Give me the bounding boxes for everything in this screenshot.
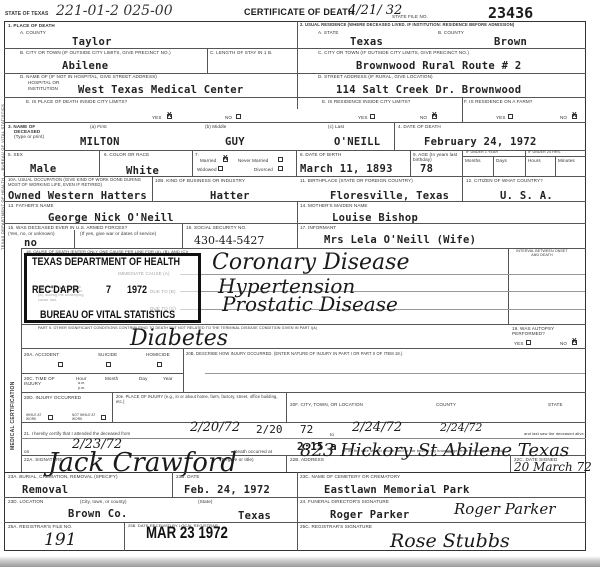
death-inside-city-no-checkbox[interactable] xyxy=(236,114,241,119)
death-county-label: a. COUNTY xyxy=(20,30,46,35)
attended-from-typed: 2/20 xyxy=(256,423,283,436)
date-of-death-label: 4. DATE OF DEATH xyxy=(398,124,441,129)
mother-label: 14. MOTHER'S MAIDEN NAME xyxy=(300,203,368,208)
scan-edge xyxy=(0,556,600,567)
medical-certification-label: MEDICAL CERTIFICATION xyxy=(10,381,16,450)
divider xyxy=(172,472,173,497)
divider xyxy=(4,122,586,123)
divider xyxy=(205,373,585,374)
burial-location-value: Brown Co. xyxy=(68,508,128,520)
married-label: Married xyxy=(200,158,216,163)
under-24hrs-label: IF UNDER 24 HRS. xyxy=(528,151,561,155)
injury-city-label: 20f. CITY, TOWN, OR LOCATION xyxy=(290,402,363,407)
registrar-signature: Rose Stubbs xyxy=(390,530,510,552)
on-farm-label: f. IS RESIDENCE ON A FARM? xyxy=(464,99,532,104)
burial-location-sub: (City, town, or county) xyxy=(80,499,127,504)
divider xyxy=(74,230,75,248)
on-farm-no-checkbox[interactable] xyxy=(572,114,577,119)
divider xyxy=(21,324,586,325)
widowed-label: Widowed xyxy=(197,167,217,172)
pm-label: p.m. xyxy=(78,387,85,391)
divider xyxy=(182,223,183,248)
divider xyxy=(525,150,526,176)
days-label: Days xyxy=(496,158,507,163)
stamp-line3: BUREAU OF VITAL STATISTICS xyxy=(40,309,175,321)
residence-label: 2. USUAL RESIDENCE (Where deceased lived… xyxy=(300,23,514,28)
name-label-3: (Type or print) xyxy=(14,134,44,139)
divider xyxy=(4,97,586,98)
divider xyxy=(297,201,298,223)
armed-forces-label: 15. WAS DECEASED EVER IN U.S. ARMED FORC… xyxy=(8,225,127,230)
registrar-file-no-label: 25a. REGISTRAR'S FILE NO. xyxy=(8,524,72,529)
father-label: 13. FATHER'S NAME xyxy=(8,203,54,208)
divider xyxy=(21,373,183,374)
state-file-label: STATE FILE NO. xyxy=(392,14,428,19)
age-label: 9. AGE (In years last birthday) xyxy=(413,152,461,162)
autopsy-label: 19. WAS AUTOPSY PERFORMED? xyxy=(512,326,582,336)
day-label: Day xyxy=(139,376,147,381)
residence-county-value: Brown xyxy=(494,36,527,48)
registrar-file-no-value: 191 xyxy=(44,530,76,550)
divider xyxy=(555,156,556,176)
ssn-value: 430-44-5427 xyxy=(194,234,264,247)
burial-method-label: 23a. BURIAL, CREMATION, REMOVAL (Specify… xyxy=(8,474,118,479)
divider xyxy=(207,48,208,73)
time-of-injury-label: 20c. TIME OF INJURY xyxy=(24,376,56,386)
injury-occurred-label: 20d. INJURY OCCURRED xyxy=(24,395,81,400)
last-name-label: (c) Last xyxy=(328,124,344,129)
death-inside-city-no-label: NO xyxy=(225,115,232,120)
on-farm-yes-label: YES xyxy=(496,115,506,120)
stamp-line1: TEXAS DEPARTMENT OF HEALTH xyxy=(32,256,180,268)
divider xyxy=(493,156,494,176)
certify-text: 21. I hereby certify that I attended the… xyxy=(24,432,130,437)
divider xyxy=(462,150,463,176)
while-at-work-label: WHILE AT WORK xyxy=(26,414,46,421)
registrar-signature-label: 25c. REGISTRAR'S SIGNATURE xyxy=(300,524,372,529)
injury-county-label: COUNTY xyxy=(436,402,456,407)
last-name-value: O'NEILL xyxy=(334,136,380,148)
citizen-label: 12. CITIZEN OF WHAT COUNTRY? xyxy=(466,178,543,183)
under-1yr-label: IF UNDER 1 YEAR xyxy=(466,151,498,155)
not-while-at-work-checkbox[interactable] xyxy=(101,415,106,420)
divider xyxy=(152,176,153,201)
autopsy-no-label: NO xyxy=(560,341,567,346)
divider xyxy=(4,223,586,224)
armed-forces-sub2: (If yes, give war or dates of service) xyxy=(80,231,156,236)
length-of-stay-label: c. LENGTH OF STAY in 1 b. xyxy=(210,50,280,55)
homicide-label: HOMICIDE xyxy=(146,352,170,357)
widowed-checkbox[interactable] xyxy=(218,166,223,171)
sex-value: Male xyxy=(30,163,57,175)
divider xyxy=(296,150,297,176)
occupation-label: 10a. USUAL OCCUPATION (Give kind of work… xyxy=(8,178,153,187)
attended-to-date-2: 2/24/72 xyxy=(440,421,482,434)
informant-label: 17. INFORMANT xyxy=(300,225,336,230)
handwritten-number: 221-01-2 025-00 xyxy=(56,3,173,19)
residence-inside-city-no-checkbox[interactable] xyxy=(432,114,437,119)
center-divider xyxy=(297,21,298,109)
minutes-label: Minutes xyxy=(558,158,575,163)
death-city-label: b. CITY OR TOWN (If outside city limits,… xyxy=(20,50,171,55)
divider xyxy=(510,455,511,472)
residence-inside-city-label: e. IS RESIDENCE INSIDE CITY LIMITS? xyxy=(322,99,410,104)
business-label: 10b. KIND OF BUSINESS OR INDUSTRY xyxy=(155,178,245,183)
residence-inside-city-yes-checkbox[interactable] xyxy=(370,114,375,119)
divider xyxy=(112,392,113,422)
death-inside-city-label: e. IS PLACE OF DEATH INSIDE CITY LIMITS? xyxy=(26,99,127,104)
attended-year-typed: 72 xyxy=(300,423,313,436)
armed-forces-sub1: (Yes, no, or unknown) xyxy=(8,231,55,236)
funeral-director-signature: Roger Parker xyxy=(454,500,555,518)
on-farm-yes-checkbox[interactable] xyxy=(508,114,513,119)
divider xyxy=(410,150,411,176)
homicide-checkbox[interactable] xyxy=(157,362,162,367)
divider xyxy=(21,348,586,349)
residence-city-value: Brownwood Rural Route # 2 xyxy=(356,60,522,72)
divider xyxy=(124,522,125,551)
attended-to-date: 2/24/72 xyxy=(352,420,402,435)
interval-label: INTERVAL BETWEEN ONSET AND DEATH xyxy=(512,250,572,258)
autopsy-no-checkbox[interactable] xyxy=(572,340,577,345)
divider xyxy=(462,97,463,122)
divider xyxy=(462,156,586,157)
cemetery-label: 23c. NAME OF CEMETERY OR CREMATORY xyxy=(300,474,400,479)
divider xyxy=(286,392,287,422)
divider xyxy=(183,348,184,392)
last-saw-label: and last saw the deceased alive xyxy=(524,432,584,436)
residence-county-label: b. COUNTY xyxy=(438,30,464,35)
burial-state-value: Texas xyxy=(238,510,271,522)
stamp-received-month: APR xyxy=(60,284,79,296)
date-of-death-value: February 24, 1972 xyxy=(424,136,537,148)
burial-method-value: Removal xyxy=(22,484,68,496)
divider xyxy=(286,455,287,472)
divider xyxy=(192,150,193,176)
divider xyxy=(297,48,586,49)
place-of-death-label: 1. PLACE OF DEATH xyxy=(8,23,55,28)
divider xyxy=(4,522,586,523)
ssn-label: 16. SOCIAL SECURITY NO. xyxy=(186,225,247,230)
death-inside-city-yes-label: YES xyxy=(152,115,162,120)
attended-from-date: 2/20/72 xyxy=(190,420,240,435)
birthplace-label: 11. BIRTHPLACE (State or foreign country… xyxy=(300,178,413,183)
divider xyxy=(394,122,395,150)
cause-line-a: Coronary Disease xyxy=(212,250,409,275)
divider xyxy=(99,150,100,176)
married-checkbox[interactable] xyxy=(223,157,228,162)
divorced-checkbox[interactable] xyxy=(278,166,283,171)
hospital-value: West Texas Medical Center xyxy=(78,84,244,96)
injury-state-label: STATE xyxy=(548,402,563,407)
death-inside-city-yes-checkbox[interactable] xyxy=(167,114,172,119)
month-label: Month xyxy=(105,376,118,381)
burial-date-label: 23b. DATE xyxy=(176,474,200,479)
hospital-label-2: HOSPITAL OR xyxy=(28,80,59,85)
informant-value: Mrs Lela O'Neill (Wife) xyxy=(324,234,476,246)
divider xyxy=(4,150,586,151)
on-label: on xyxy=(24,449,29,454)
residence-street-value: 114 Salt Creek Dr. Brownwood xyxy=(336,84,521,96)
stamp-received-label: REC'D: xyxy=(32,284,63,296)
funeral-director-typed: Roger Parker xyxy=(330,509,409,521)
dob-label: 8. DATE OF BIRTH xyxy=(300,152,341,157)
on-farm-no-label: NO xyxy=(560,115,567,120)
divider xyxy=(4,497,586,498)
burial-date-value: Feb. 24, 1972 xyxy=(184,484,270,496)
place-of-injury-label: 20e. PLACE OF INJURY (e.g., in or about … xyxy=(116,395,286,404)
death-occurred-label: Death occurred at xyxy=(234,449,272,454)
death-county-value: Taylor xyxy=(72,36,112,48)
suicide-checkbox[interactable] xyxy=(106,362,111,367)
certificate-title: CERTIFICATE OF DEATH xyxy=(244,7,355,17)
age-value: 78 xyxy=(420,163,433,175)
describe-injury-label: 20b. DESCRIBE HOW INJURY OCCURRED. (Ente… xyxy=(186,352,403,357)
cause-line-c: Prostatic Disease xyxy=(222,292,398,316)
state-file-no: 23436 xyxy=(488,4,533,22)
date-received-stamp: MAR 23 1972 xyxy=(146,523,228,543)
divider xyxy=(21,392,586,393)
residence-inside-city-no-label: NO xyxy=(420,115,427,120)
autopsy-yes-checkbox[interactable] xyxy=(526,340,531,345)
never-married-label: Never Married xyxy=(238,158,268,163)
hours-label: Hours xyxy=(528,158,541,163)
divorced-label: Divorced xyxy=(254,167,273,172)
residence-inside-city-yes-label: YES xyxy=(358,115,368,120)
state-label: STATE OF TEXAS xyxy=(5,12,48,18)
degree-label: (Degree or title) xyxy=(220,457,254,462)
stamp-received-year: 1972 xyxy=(127,284,147,296)
death-city-value: Abilene xyxy=(62,60,108,72)
divider xyxy=(4,48,297,49)
marital-label: 7. xyxy=(195,152,199,157)
not-while-at-work-label: NOT WHILE AT WORK xyxy=(72,414,100,421)
autopsy-yes-label: YES xyxy=(514,341,524,346)
hospital-label-1: d. NAME OF (If not in hospital, give str… xyxy=(20,74,157,79)
middle-name-label: (b) Middle xyxy=(205,124,226,129)
residence-state-value: Texas xyxy=(350,36,383,48)
residence-state-label: a. STATE xyxy=(318,30,339,35)
to-label: to xyxy=(330,432,334,437)
while-at-work-checkbox[interactable] xyxy=(48,415,53,420)
residence-city-label: c. CITY OR TOWN (If outside city limits,… xyxy=(318,50,469,55)
dob-value: March 11, 1893 xyxy=(300,163,393,175)
first-name-label: (a) First xyxy=(90,124,107,129)
accident-label: 20a. ACCIDENT xyxy=(24,352,59,357)
year-label: Year xyxy=(163,376,173,381)
middle-name-value: GUY xyxy=(225,136,245,148)
certificate-header: STATE OF TEXAS 221-01-2 025-00 CERTIFICA… xyxy=(0,0,600,22)
first-name-value: MILTON xyxy=(80,136,120,148)
divider xyxy=(297,223,298,248)
accident-checkbox[interactable] xyxy=(58,362,63,367)
suicide-label: SUICIDE xyxy=(98,352,117,357)
burial-location-label: 23d. LOCATION xyxy=(8,499,43,504)
funeral-director-label: 24. FUNERAL DIRECTOR'S SIGNATURE xyxy=(300,499,389,504)
divider xyxy=(4,201,586,202)
cemetery-value: Eastlawn Memorial Park xyxy=(324,484,470,496)
months-label: Months xyxy=(465,158,481,163)
burial-state-sub: (State) xyxy=(198,499,213,504)
divider xyxy=(297,472,298,551)
hospital-label-3: INSTITUTION xyxy=(28,86,58,91)
residence-street-label: d. STREET ADDRESS (If rural, give locati… xyxy=(318,74,433,79)
divider xyxy=(508,248,509,324)
divider xyxy=(462,176,463,201)
stamp-received-day: 7 xyxy=(106,284,111,296)
never-married-checkbox[interactable] xyxy=(278,157,283,162)
race-label: 6. COLOR OR RACE xyxy=(104,152,149,157)
sex-label: 5. SEX xyxy=(8,152,23,157)
